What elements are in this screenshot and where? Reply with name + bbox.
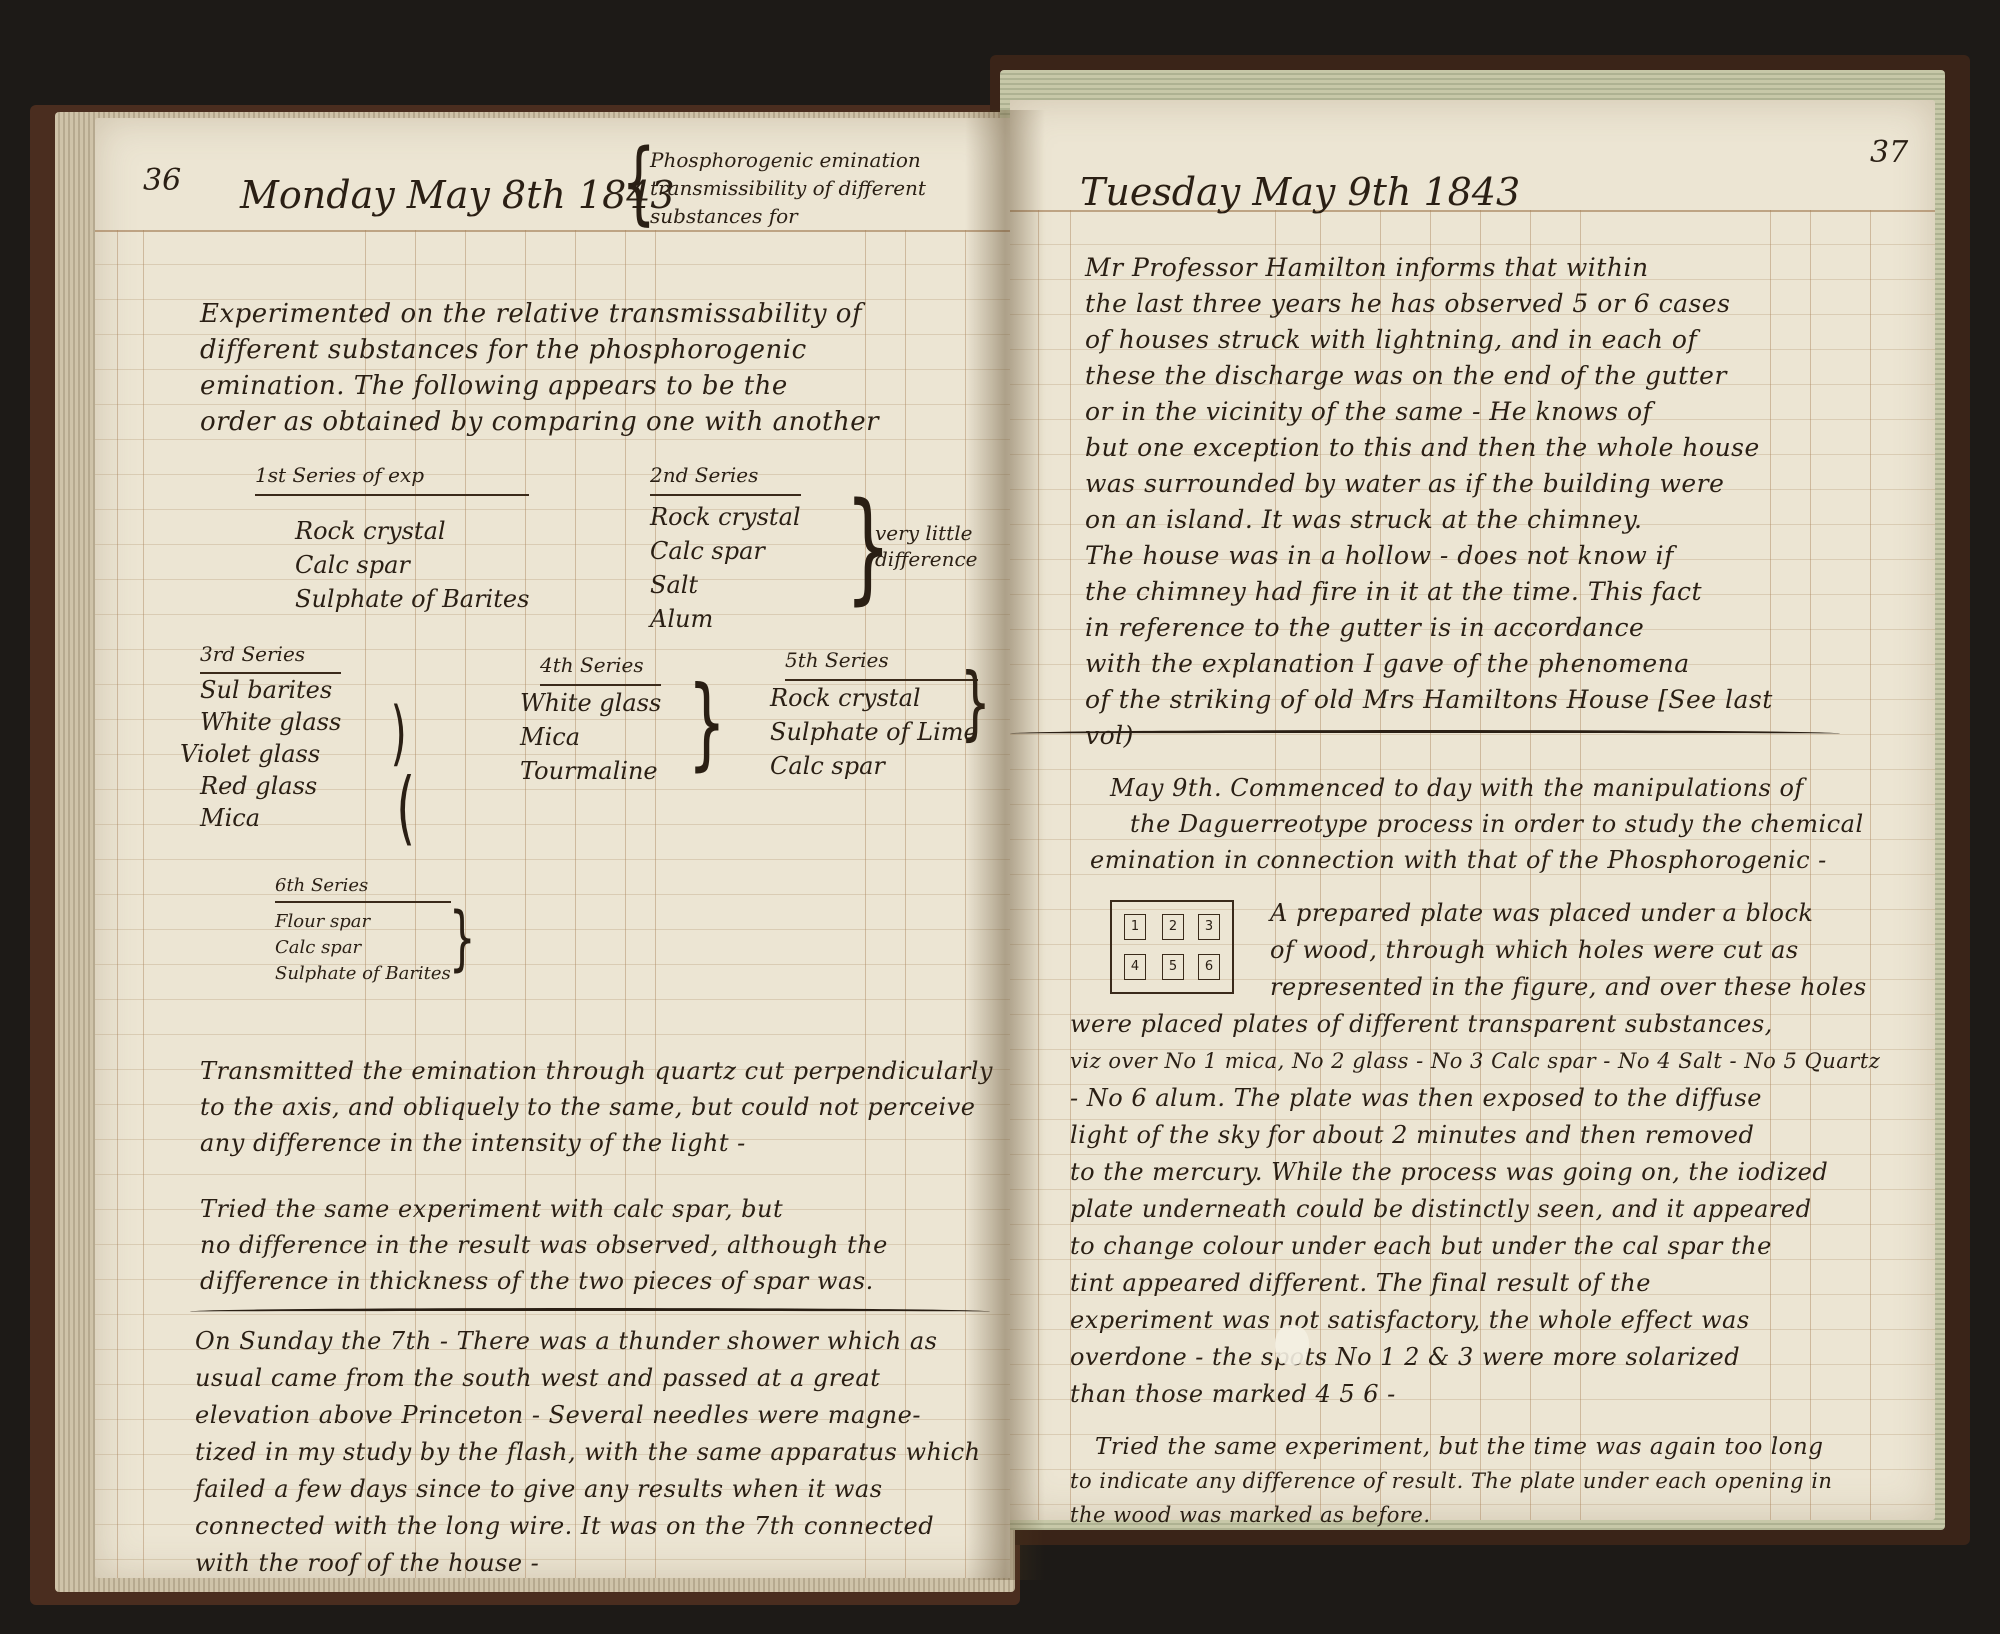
page-number: 37 — [1870, 135, 1908, 170]
left-page: 36 Monday May 8th 1843 { Phosphorogenic … — [95, 118, 1010, 1578]
brace-icon: ) — [390, 698, 406, 768]
divider-line — [1010, 730, 1840, 737]
quartz-paragraph: Transmitted the emination through quartz… — [200, 1053, 993, 1161]
book-gutter — [965, 110, 1045, 1580]
series-5: 5th Series Rock crystal Sulphate of Lime… — [770, 643, 978, 783]
subject-note: Phosphorogenic emination transmissibilit… — [650, 146, 926, 230]
page-number: 36 — [143, 163, 181, 198]
series-1: 1st Series of exp Rock crystal Calc spar… — [255, 458, 529, 616]
series-4: 4th Series White glass Mica Tourmaline — [520, 648, 661, 788]
hamilton-paragraph: Mr Professor Hamilton informs that withi… — [1085, 250, 1773, 754]
calc-spar-paragraph: Tried the same experiment with calc spar… — [200, 1191, 888, 1299]
series-6: 6th Series Flour spar Calc spar Sulphate… — [275, 873, 451, 987]
brace-icon: } — [449, 903, 476, 973]
sunday-paragraph: On Sunday the 7th - There was a thunder … — [195, 1323, 981, 1582]
brace-icon: ( — [396, 768, 415, 848]
intro-paragraph: Experimented on the relative transmissab… — [200, 296, 879, 440]
right-page: Tuesday May 9th 1843 37 Mr Professor Ham… — [1010, 100, 1935, 1520]
entry-date: Monday May 8th 1843 — [240, 173, 675, 217]
paper-damage — [1275, 1325, 1309, 1365]
brace-icon: } — [688, 673, 726, 773]
divider-line — [190, 1308, 990, 1315]
tried-paragraph: Tried the same experiment, but the time … — [1070, 1430, 1832, 1532]
entry-date: Tuesday May 9th 1843 — [1080, 170, 1520, 214]
daguerreotype-paragraph: May 9th. Commenced to day with the manip… — [1110, 770, 1864, 878]
series-2: 2nd Series Rock crystal Calc spar Salt A… — [650, 458, 801, 636]
series-2-note: very little difference — [875, 520, 975, 572]
plate-paragraph: A prepared plate was placed under a bloc… — [1070, 895, 1880, 1413]
series-3: 3rd Series Sul barites White glass Viole… — [200, 638, 341, 834]
